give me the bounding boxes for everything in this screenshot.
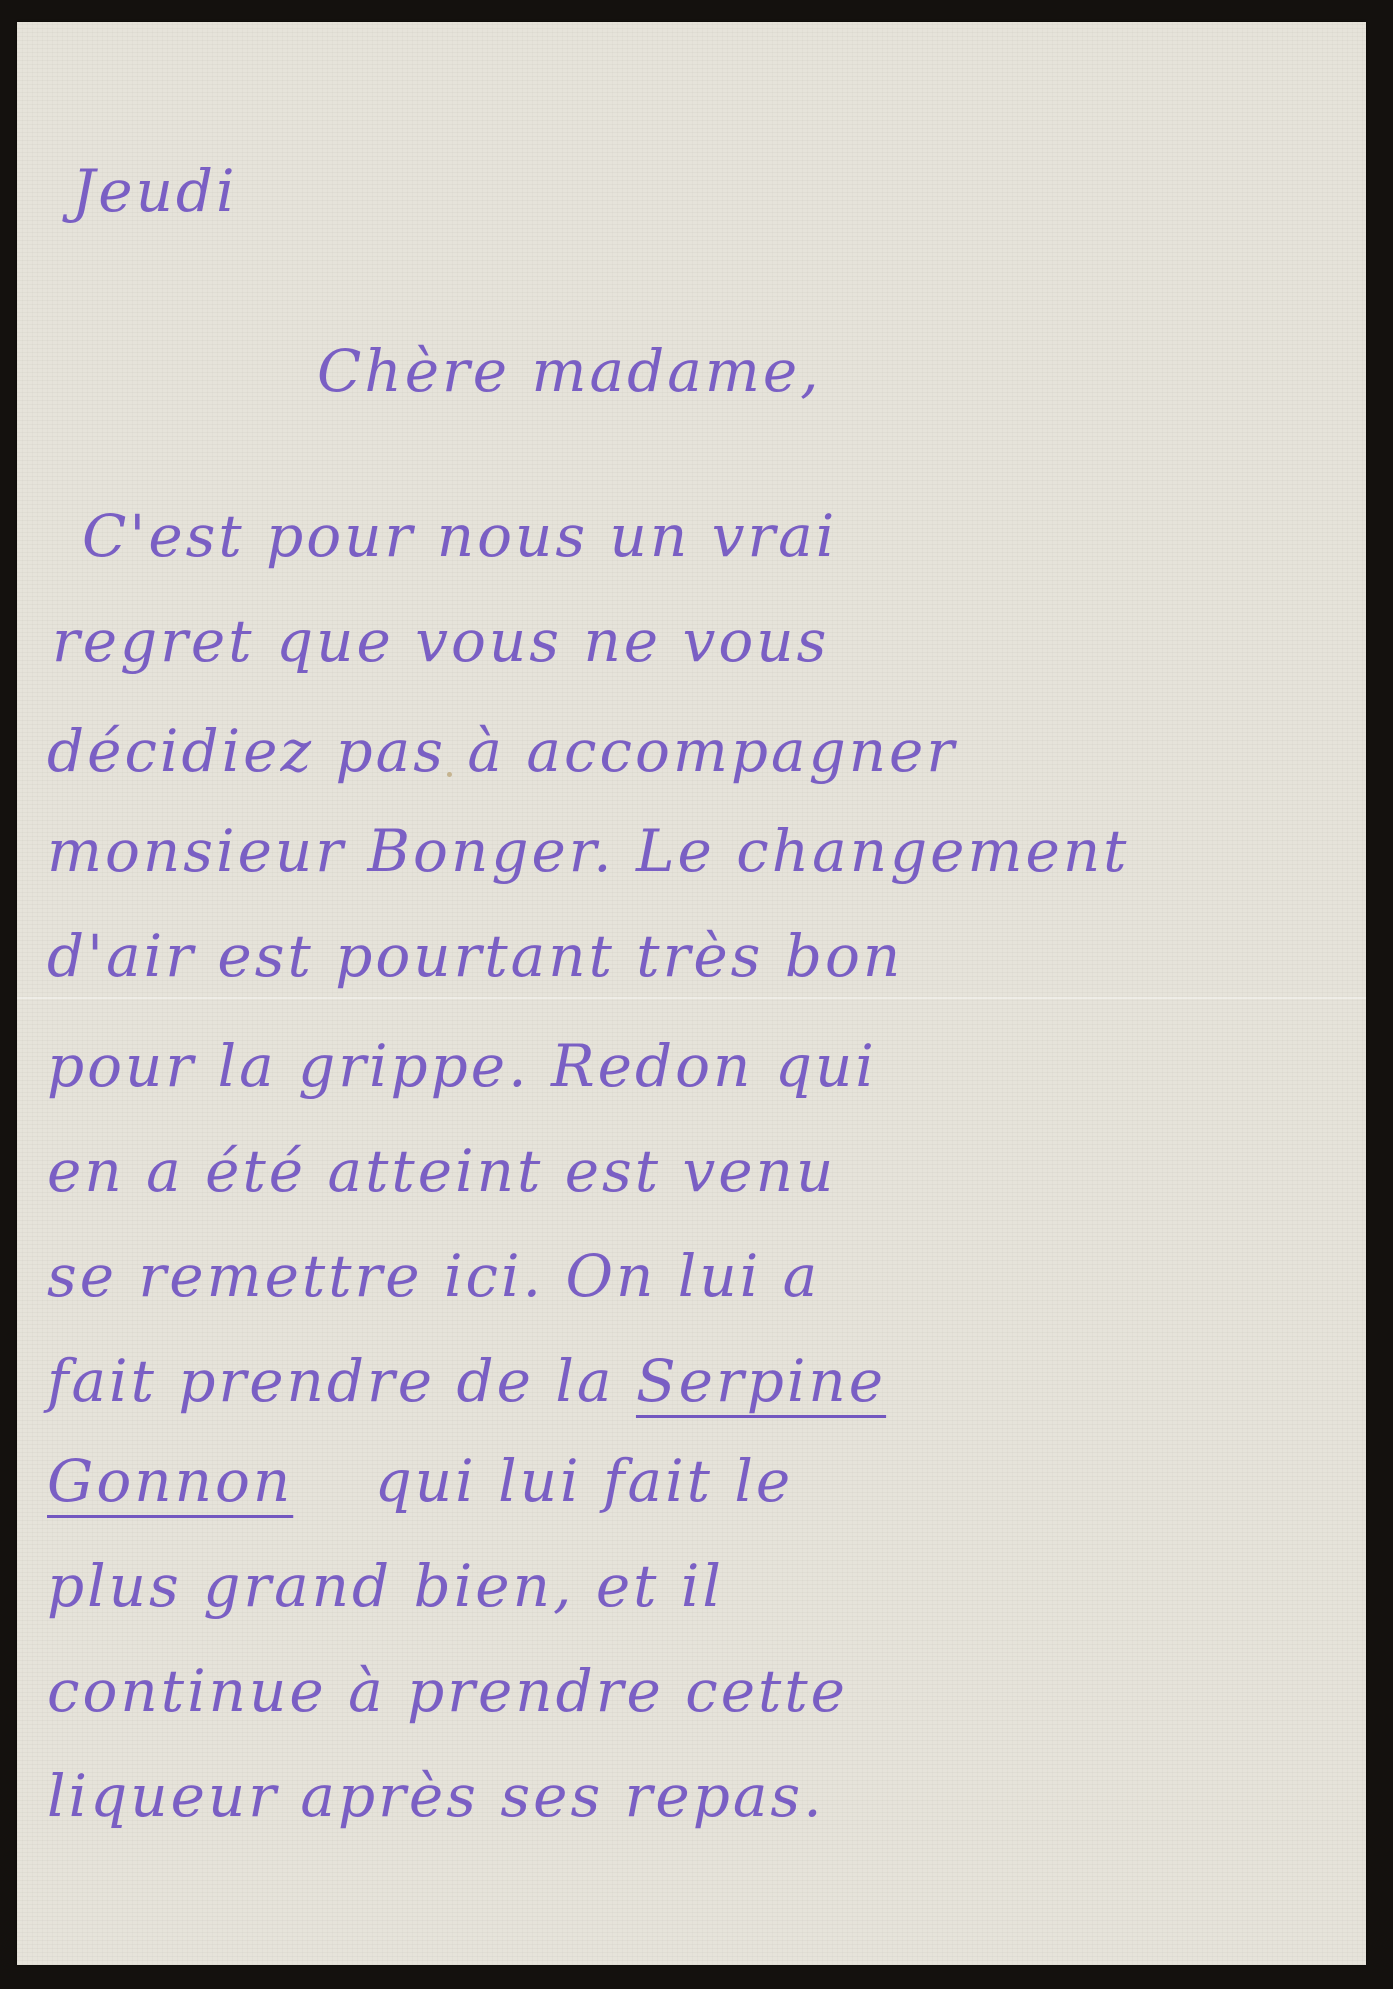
letter-page: Jeudi Chère madame, C'est pour nous un v… <box>17 22 1366 1965</box>
letter-line-3: décidiez pas à accompagner <box>47 722 957 780</box>
letter-line-9-text: fait prendre de la <box>47 1347 615 1415</box>
letter-line-5: d'air est pourtant très bon <box>47 927 903 985</box>
letter-line-13: liqueur après ses repas. <box>47 1767 825 1825</box>
letter-line-11: plus grand bien, et il <box>47 1557 724 1615</box>
salutation: Chère madame, <box>317 342 822 400</box>
letter-line-2: regret que vous ne vous <box>52 612 829 670</box>
letter-line-4: monsieur Bonger. Le changement <box>47 822 1130 880</box>
letter-line-10-text: qui lui fait le <box>375 1447 794 1515</box>
paper-fold-crease <box>17 997 1366 999</box>
scan-background: Jeudi Chère madame, C'est pour nous un v… <box>0 0 1393 1989</box>
letter-line-1: C'est pour nous un vrai <box>82 507 837 565</box>
letter-line-10: Gonnon qui lui fait le <box>47 1452 793 1510</box>
letter-line-8: se remettre ici. On lui a <box>47 1247 820 1305</box>
underlined-word-serpine: Serpine <box>636 1347 886 1415</box>
underlined-word-gonnon: Gonnon <box>47 1447 293 1515</box>
letter-line-9: fait prendre de la Serpine <box>47 1352 886 1410</box>
letter-line-7: en a été atteint est venu <box>47 1142 836 1200</box>
letter-line-12: continue à prendre cette <box>47 1662 848 1720</box>
date-line: Jeudi <box>72 162 238 220</box>
letter-line-6: pour la grippe. Redon qui <box>47 1037 877 1095</box>
